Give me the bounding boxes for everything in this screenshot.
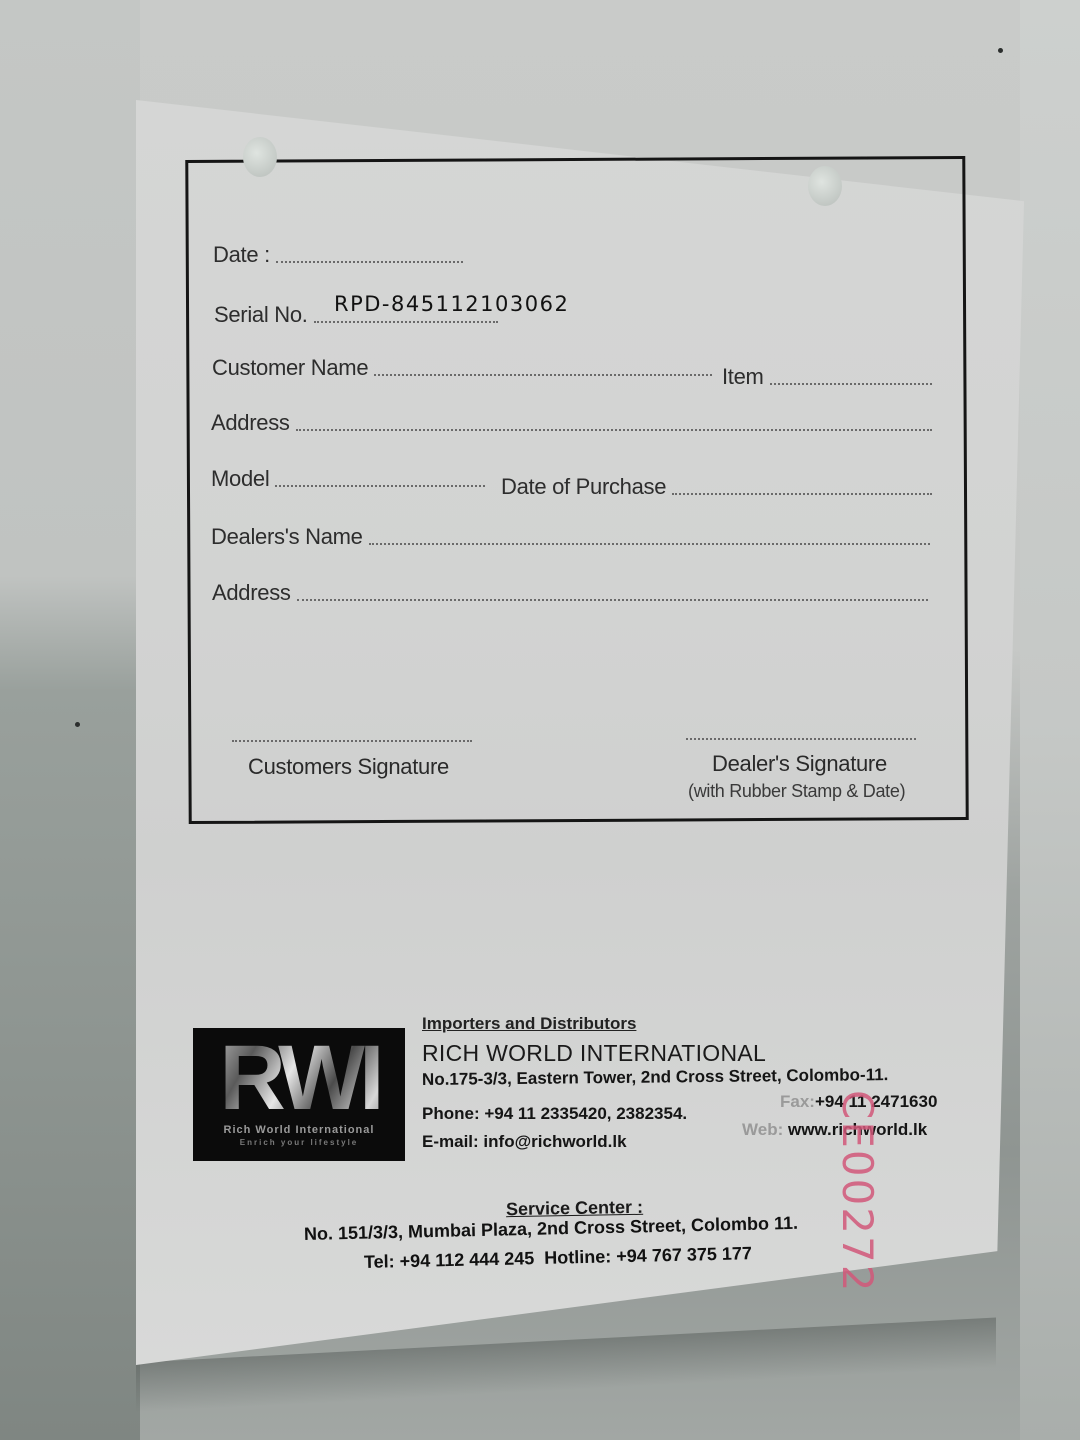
customer-address-field[interactable]: Address xyxy=(211,410,938,436)
item-field[interactable]: Item xyxy=(722,364,938,390)
dealer-name-label: Dealers's Name xyxy=(211,524,363,550)
rwi-logo: RWI Rich World International Enrich your… xyxy=(193,1028,405,1161)
model-label: Model xyxy=(211,466,269,492)
dealer-signature-note: (with Rubber Stamp & Date) xyxy=(688,781,905,802)
dealer-name-blank[interactable] xyxy=(369,542,930,545)
date-field[interactable]: Date : xyxy=(213,242,469,268)
hotline-label: Hotline: xyxy=(544,1246,611,1268)
fax-label: Fax: xyxy=(780,1092,815,1111)
customer-signature-label: Customers Signature xyxy=(248,754,449,780)
date-of-purchase-blank[interactable] xyxy=(672,492,932,495)
handwritten-code: CE00272 xyxy=(822,1090,882,1390)
model-field[interactable]: Model xyxy=(211,466,491,492)
model-blank[interactable] xyxy=(275,484,485,487)
phone-label: Phone: xyxy=(422,1104,480,1123)
email-value[interactable]: info@richworld.lk xyxy=(483,1132,626,1151)
dealer-address-field[interactable]: Address xyxy=(212,580,934,606)
serial-blank[interactable] xyxy=(314,320,498,323)
date-of-purchase-label: Date of Purchase xyxy=(501,474,666,500)
dealer-name-field[interactable]: Dealers's Name xyxy=(211,524,936,550)
logo-tagline: Enrich your lifestyle xyxy=(193,1138,405,1147)
date-label: Date : xyxy=(213,242,270,268)
pin-hole-right xyxy=(808,166,842,206)
wall-background xyxy=(0,0,140,1440)
wall-background-right xyxy=(1020,0,1080,1440)
logo-company-name: Rich World International xyxy=(193,1124,405,1136)
company-name: RICH WORLD INTERNATIONAL xyxy=(422,1040,766,1067)
dealer-signature-line[interactable] xyxy=(686,738,916,740)
company-email: E-mail: info@richworld.lk xyxy=(422,1132,627,1152)
tel-label: Tel: xyxy=(364,1251,395,1272)
dealer-address-blank[interactable] xyxy=(297,598,928,601)
customer-signature-line[interactable] xyxy=(232,740,472,742)
dealer-signature-label: Dealer's Signature xyxy=(712,751,887,777)
phone-value: +94 11 2335420, 2382354. xyxy=(484,1104,687,1123)
date-blank[interactable] xyxy=(276,260,463,263)
web-label: Web: xyxy=(742,1120,783,1139)
logo-mark: RWI xyxy=(203,1032,395,1124)
customer-address-blank[interactable] xyxy=(296,428,932,431)
customer-name-blank[interactable] xyxy=(374,373,712,376)
company-phone: Phone: +94 11 2335420, 2382354. xyxy=(422,1104,687,1124)
pin-hole-left xyxy=(243,137,277,177)
serial-label: Serial No. xyxy=(214,302,308,328)
date-of-purchase-field[interactable]: Date of Purchase xyxy=(501,474,938,500)
serial-number-value: RPD-845112103062 xyxy=(334,292,569,316)
hotline-value: +94 767 375 177 xyxy=(616,1243,752,1266)
tel-value: +94 112 444 245 xyxy=(399,1248,534,1271)
wall-speck xyxy=(998,48,1003,53)
dealer-address-label: Address xyxy=(212,580,291,606)
wall-speck xyxy=(75,722,80,727)
item-blank[interactable] xyxy=(770,382,932,385)
customer-name-label: Customer Name xyxy=(212,355,368,381)
email-label: E-mail: xyxy=(422,1132,479,1151)
customer-address-label: Address xyxy=(211,410,290,436)
customer-name-field[interactable]: Customer Name xyxy=(212,355,718,381)
item-label: Item xyxy=(722,364,764,390)
importers-heading: Importers and Distributors xyxy=(422,1014,636,1034)
